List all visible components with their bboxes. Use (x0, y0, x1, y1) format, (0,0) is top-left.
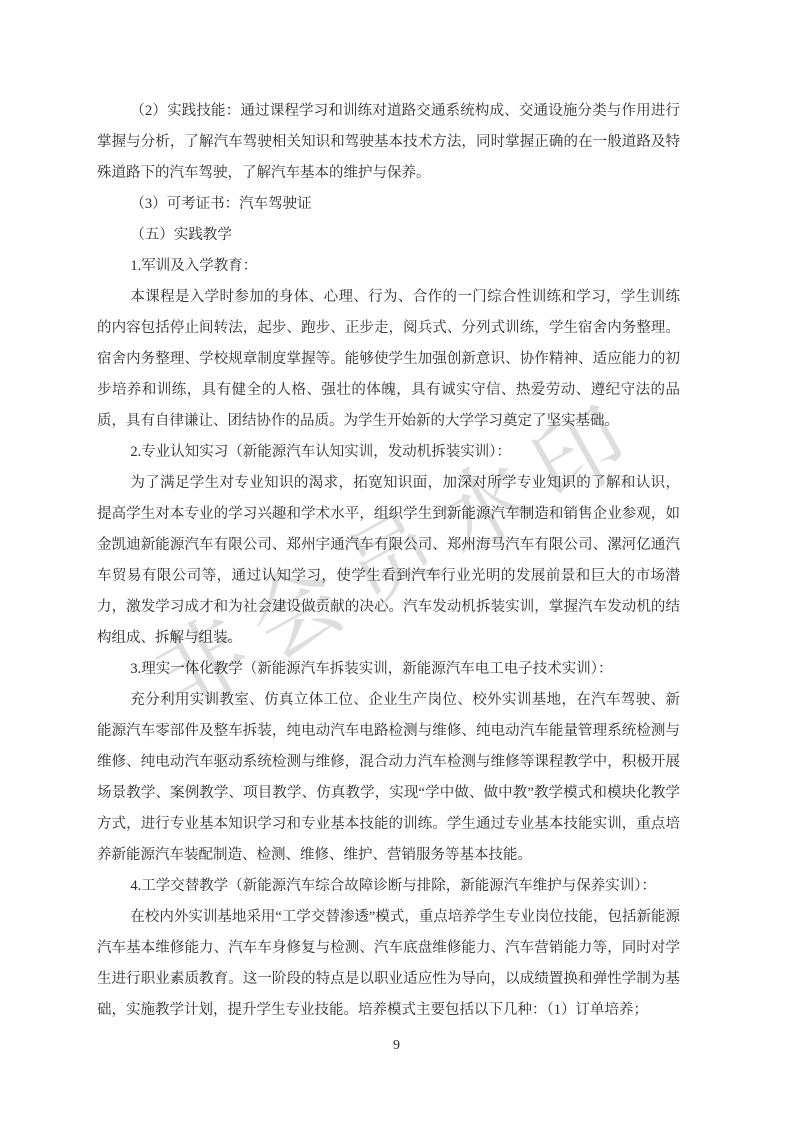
paragraph: （五）实践教学 (97, 220, 680, 251)
document-body: （2）实践技能：通过课程学习和训练对道路交通系统构成、交通设施分类与作用进行掌握… (97, 96, 680, 1026)
document-page: 非会员水印 （2）实践技能：通过课程学习和训练对道路交通系统构成、交通设施分类与… (0, 0, 793, 1122)
paragraph: （2）实践技能：通过课程学习和训练对道路交通系统构成、交通设施分类与作用进行掌握… (97, 96, 680, 189)
paragraph: 4.工学交替教学（新能源汽车综合故障诊断与排除，新能源汽车维护与保养实训）： (97, 871, 680, 902)
paragraph: 3.理实一体化教学（新能源汽车拆装实训，新能源汽车电工电子技术实训）： (97, 654, 680, 685)
paragraph: 本课程是入学时参加的身体、心理、行为、合作的一门综合性训练和学习，学生训练的内容… (97, 282, 680, 437)
paragraph: 为了满足学生对专业知识的渴求，拓宽知识面，加深对所学专业知识的了解和认识，提高学… (97, 468, 680, 654)
paragraph: 充分利用实训教室、仿真立体工位、企业生产岗位、校外实训基地，在汽车驾驶、新能源汽… (97, 685, 680, 871)
paragraph: 在校内外实训基地采用“工学交替渗透”模式，重点培养学生专业岗位技能，包括新能源汽… (97, 902, 680, 1026)
paragraph: 1.军训及入学教育： (97, 251, 680, 282)
paragraph: 2.专业认知实习（新能源汽车认知实训，发动机拆装实训）： (97, 437, 680, 468)
page-number: 9 (0, 1038, 793, 1054)
paragraph: （3）可考证书：汽车驾驶证 (97, 189, 680, 220)
